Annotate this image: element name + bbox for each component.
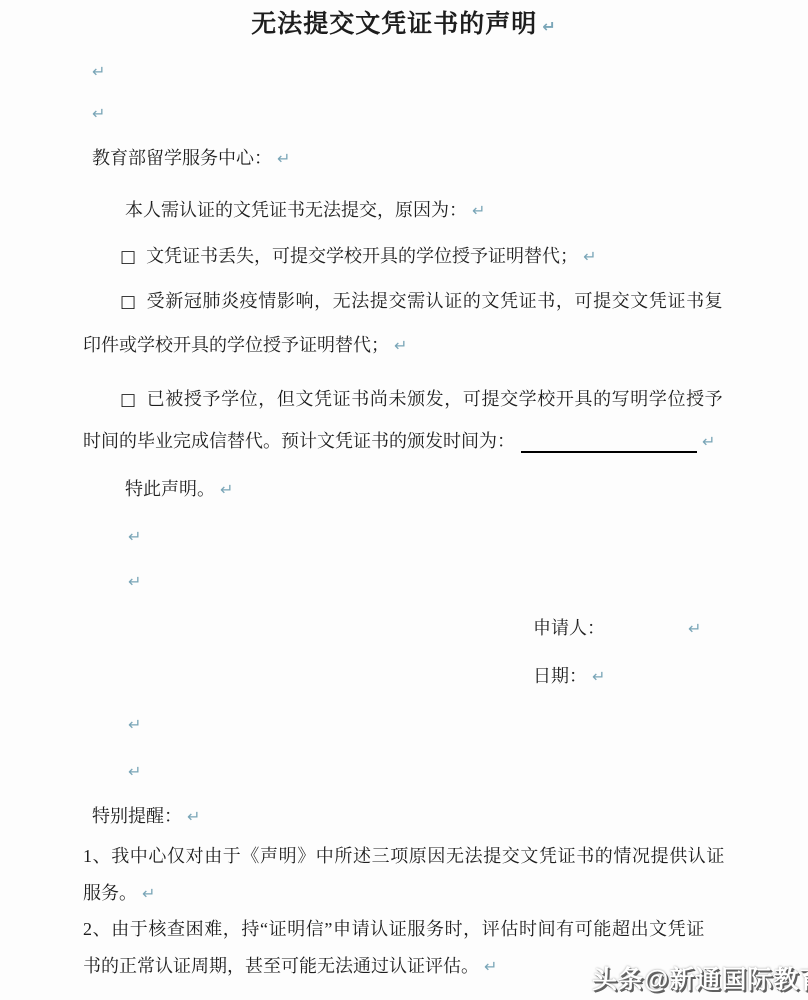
- date-label-line: 日期：↵: [533, 665, 605, 688]
- note-1-text-line1: 1、我中心仅对由于《声明》中所述三项原因无法提交文凭证书的情况提供认证: [83, 846, 725, 866]
- applicant-label-line: 申请人：↵: [533, 617, 701, 640]
- checkbox-not-issued[interactable]: □: [120, 391, 137, 409]
- note-2-text-line2: 书的正常认证周期，甚至可能无法通过认证评估。: [83, 956, 479, 976]
- option-covid-line1: □受新冠肺炎疫情影响，无法提交需认证的文凭证书，可提交文凭证书复: [120, 290, 723, 312]
- paragraph-mark-icon: ↵: [542, 17, 556, 36]
- option-not-issued-line1: □已被授予学位，但文凭证书尚未颁发，可提交学校开具的写明学位授予: [120, 388, 723, 410]
- closing-text: 特此声明。: [125, 479, 215, 499]
- option-not-issued-text-line2: 时间的毕业完成信替代。预计文凭证书的颁发时间为：: [83, 431, 515, 451]
- salutation-text: 教育部留学服务中心：: [92, 148, 272, 168]
- empty-line-1: ↵: [92, 60, 105, 83]
- note-2-line2: 书的正常认证周期，甚至可能无法通过认证评估。↵: [83, 955, 497, 978]
- option-lost-certificate-text: 文凭证书丢失，可提交学校开具的学位授予证明替代；: [146, 246, 578, 266]
- date-label: 日期：: [533, 666, 587, 686]
- paragraph-mark-icon: ↵: [128, 527, 141, 546]
- notes-heading: 特别提醒：: [92, 806, 182, 826]
- toutiao-watermark: 头条@新通国际教育: [592, 960, 808, 996]
- notes-heading-line: 特别提醒：↵: [92, 805, 200, 828]
- empty-line-6: ↵: [128, 760, 141, 783]
- closing-line: 特此声明。↵: [125, 478, 233, 501]
- document-page: 无法提交文凭证书的声明↵ ↵ ↵ 教育部留学服务中心：↵ 本人需认证的文凭证书无…: [0, 0, 808, 1000]
- applicant-label: 申请人：: [533, 618, 605, 638]
- paragraph-mark-icon: ↵: [394, 336, 407, 355]
- paragraph-mark-icon: ↵: [187, 807, 200, 826]
- empty-line-4: ↵: [128, 570, 141, 593]
- option-covid-text-line2: 印件或学校开具的学位授予证明替代；: [83, 335, 389, 355]
- paragraph-mark-icon: ↵: [592, 667, 605, 686]
- paragraph-mark-icon: ↵: [128, 762, 141, 781]
- salutation-line: 教育部留学服务中心：↵: [92, 147, 290, 170]
- option-not-issued-text-line1: 已被授予学位，但文凭证书尚未颁发，可提交学校开具的写明学位授予: [147, 389, 724, 409]
- paragraph-mark-icon: ↵: [472, 201, 485, 220]
- title-text: 无法提交文凭证书的声明: [251, 11, 537, 38]
- option-lost-certificate: □文凭证书丢失，可提交学校开具的学位授予证明替代；↵: [120, 245, 596, 268]
- paragraph-mark-icon: ↵: [484, 957, 497, 976]
- issuance-date-blank-field[interactable]: [521, 432, 697, 453]
- note-1-text-line2: 服务。: [83, 883, 137, 903]
- paragraph-mark-icon: ↵: [128, 715, 141, 734]
- empty-line-2: ↵: [92, 102, 105, 125]
- document-title: 无法提交文凭证书的声明↵: [0, 4, 808, 40]
- note-2-line1: 2、由于核查困难，持“证明信”申请认证服务时，评估时间有可能超出文凭证: [83, 918, 705, 940]
- option-covid-text-line1: 受新冠肺炎疫情影响，无法提交需认证的文凭证书，可提交文凭证书复: [147, 291, 724, 311]
- paragraph-mark-icon: ↵: [92, 62, 105, 81]
- intro-line: 本人需认证的文凭证书无法提交，原因为：↵: [125, 199, 485, 222]
- paragraph-mark-icon: ↵: [688, 619, 701, 638]
- checkbox-covid[interactable]: □: [120, 293, 137, 311]
- empty-line-3: ↵: [128, 525, 141, 548]
- intro-text: 本人需认证的文凭证书无法提交，原因为：: [125, 200, 467, 220]
- paragraph-mark-icon: ↵: [583, 247, 596, 266]
- note-1-line2: 服务。↵: [83, 882, 155, 905]
- option-covid-line2: 印件或学校开具的学位授予证明替代；↵: [83, 334, 407, 357]
- paragraph-mark-icon: ↵: [128, 572, 141, 591]
- paragraph-mark-icon: ↵: [702, 432, 715, 451]
- empty-line-5: ↵: [128, 713, 141, 736]
- note-2-text-line1: 2、由于核查困难，持“证明信”申请认证服务时，评估时间有可能超出文凭证: [83, 919, 705, 939]
- paragraph-mark-icon: ↵: [220, 480, 233, 499]
- paragraph-mark-icon: ↵: [142, 884, 155, 903]
- note-1-line1: 1、我中心仅对由于《声明》中所述三项原因无法提交文凭证书的情况提供认证: [83, 845, 725, 867]
- paragraph-mark-icon: ↵: [92, 104, 105, 123]
- paragraph-mark-icon: ↵: [277, 149, 290, 168]
- checkbox-lost-certificate[interactable]: □: [120, 248, 136, 266]
- option-not-issued-line2: 时间的毕业完成信替代。预计文凭证书的颁发时间为：↵: [83, 430, 715, 453]
